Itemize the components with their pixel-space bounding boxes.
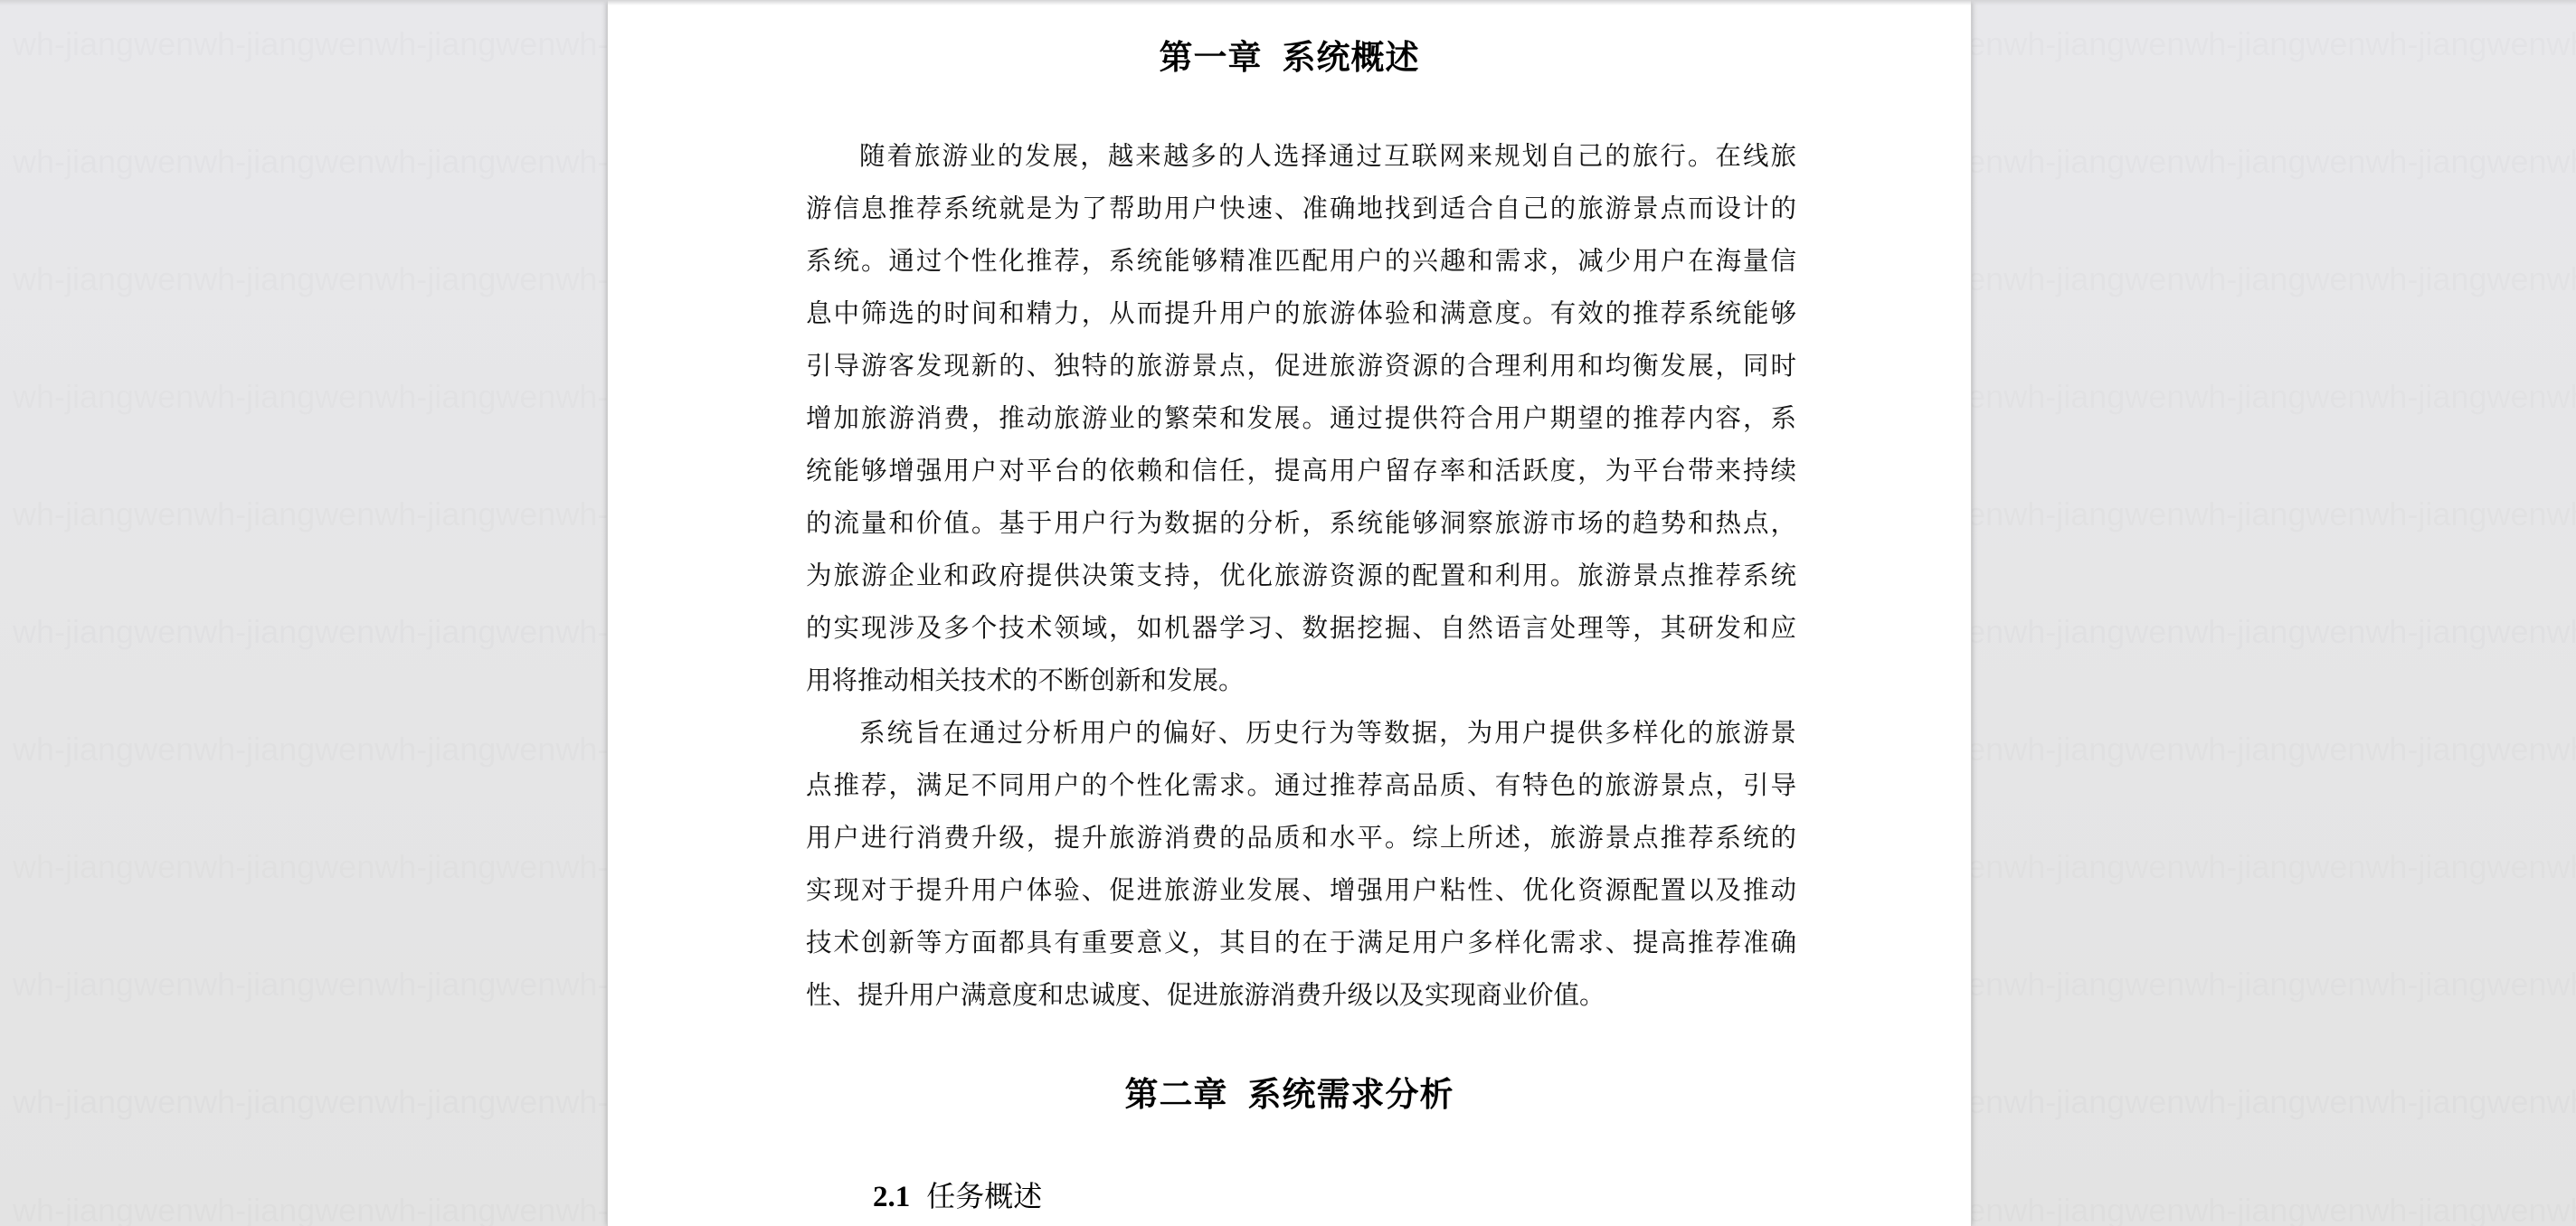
page-content: 第一章系统概述 随着旅游业的发展，越来越多的人选择通过互联网来规划自己的旅行。在… [608, 0, 1971, 1226]
section-2-1-heading: 2.1任务概述 [873, 1174, 1042, 1215]
paragraph-2-line: 系统旨在通过分析用户的偏好、历史行为等数据，为用户提供多样化的旅游景 [859, 718, 1796, 749]
chapter-2-heading: 第二章系统需求分析 [608, 1067, 1971, 1116]
paragraph-1-line: 随着旅游业的发展，越来越多的人选择通过互联网来规划自己的旅行。在线旅 [859, 141, 1796, 172]
paragraph-1-line: 的实现涉及多个技术领域，如机器学习、数据挖掘、自然语言处理等，其研发和应 [806, 613, 1796, 644]
paragraph-2-line: 点推荐，满足不同用户的个性化需求。通过推荐高品质、有特色的旅游景点，引导 [806, 770, 1796, 801]
paragraph-2-line: 性、提升用户满意度和忠诚度、促进旅游消费升级以及实现商业价值。 [806, 980, 1796, 1011]
paragraph-1-line: 增加旅游消费，推动旅游业的繁荣和发展。通过提供符合用户期望的推荐内容，系 [806, 403, 1796, 434]
section-number: 2.1 [873, 1181, 910, 1213]
paragraph-2-line: 技术创新等方面都具有重要意义，其目的在于满足用户多样化需求、提高推荐准确 [806, 928, 1796, 958]
paragraph-1-line: 引导游客发现新的、独特的旅游景点，促进旅游资源的合理利用和均衡发展，同时 [806, 351, 1796, 382]
chapter-2-title: 系统需求分析 [1248, 1075, 1454, 1114]
paragraph-1-line: 为旅游企业和政府提供决策支持，优化旅游资源的配置和利用。旅游景点推荐系统 [806, 561, 1796, 591]
section-title-text: 任务概述 [926, 1179, 1042, 1213]
document-page: 第一章系统概述 随着旅游业的发展，越来越多的人选择通过互联网来规划自己的旅行。在… [607, 0, 1972, 1226]
chapter-1-number: 第一章 [1160, 38, 1263, 77]
paragraph-2-line: 用户进行消费升级，提升旅游消费的品质和水平。综上所述，旅游景点推荐系统的 [806, 823, 1796, 853]
chapter-1-title: 系统概述 [1283, 38, 1420, 77]
paragraph-1-line: 用将推动相关技术的不断创新和发展。 [806, 665, 1796, 696]
paragraph-1-line: 统能够增强用户对平台的依赖和信任，提高用户留存率和活跃度，为平台带来持续 [806, 456, 1796, 486]
paragraph-2-line: 实现对于提升用户体验、促进旅游业发展、增强用户粘性、优化资源配置以及推动 [806, 875, 1796, 906]
paragraph-1-line: 系统。通过个性化推荐，系统能够精准匹配用户的兴趣和需求，减少用户在海量信 [806, 246, 1796, 277]
paragraph-1-line: 的流量和价值。基于用户行为数据的分析，系统能够洞察旅游市场的趋势和热点， [806, 508, 1796, 539]
paragraph-1-line: 游信息推荐系统就是为了帮助用户快速、准确地找到适合自己的旅游景点而设计的 [806, 193, 1796, 224]
paragraph-1-line: 息中筛选的时间和精力，从而提升用户的旅游体验和满意度。有效的推荐系统能够 [806, 298, 1796, 329]
toolbar-shadow [0, 0, 2576, 5]
chapter-2-number: 第二章 [1125, 1075, 1228, 1114]
chapter-1-heading: 第一章系统概述 [608, 30, 1971, 79]
